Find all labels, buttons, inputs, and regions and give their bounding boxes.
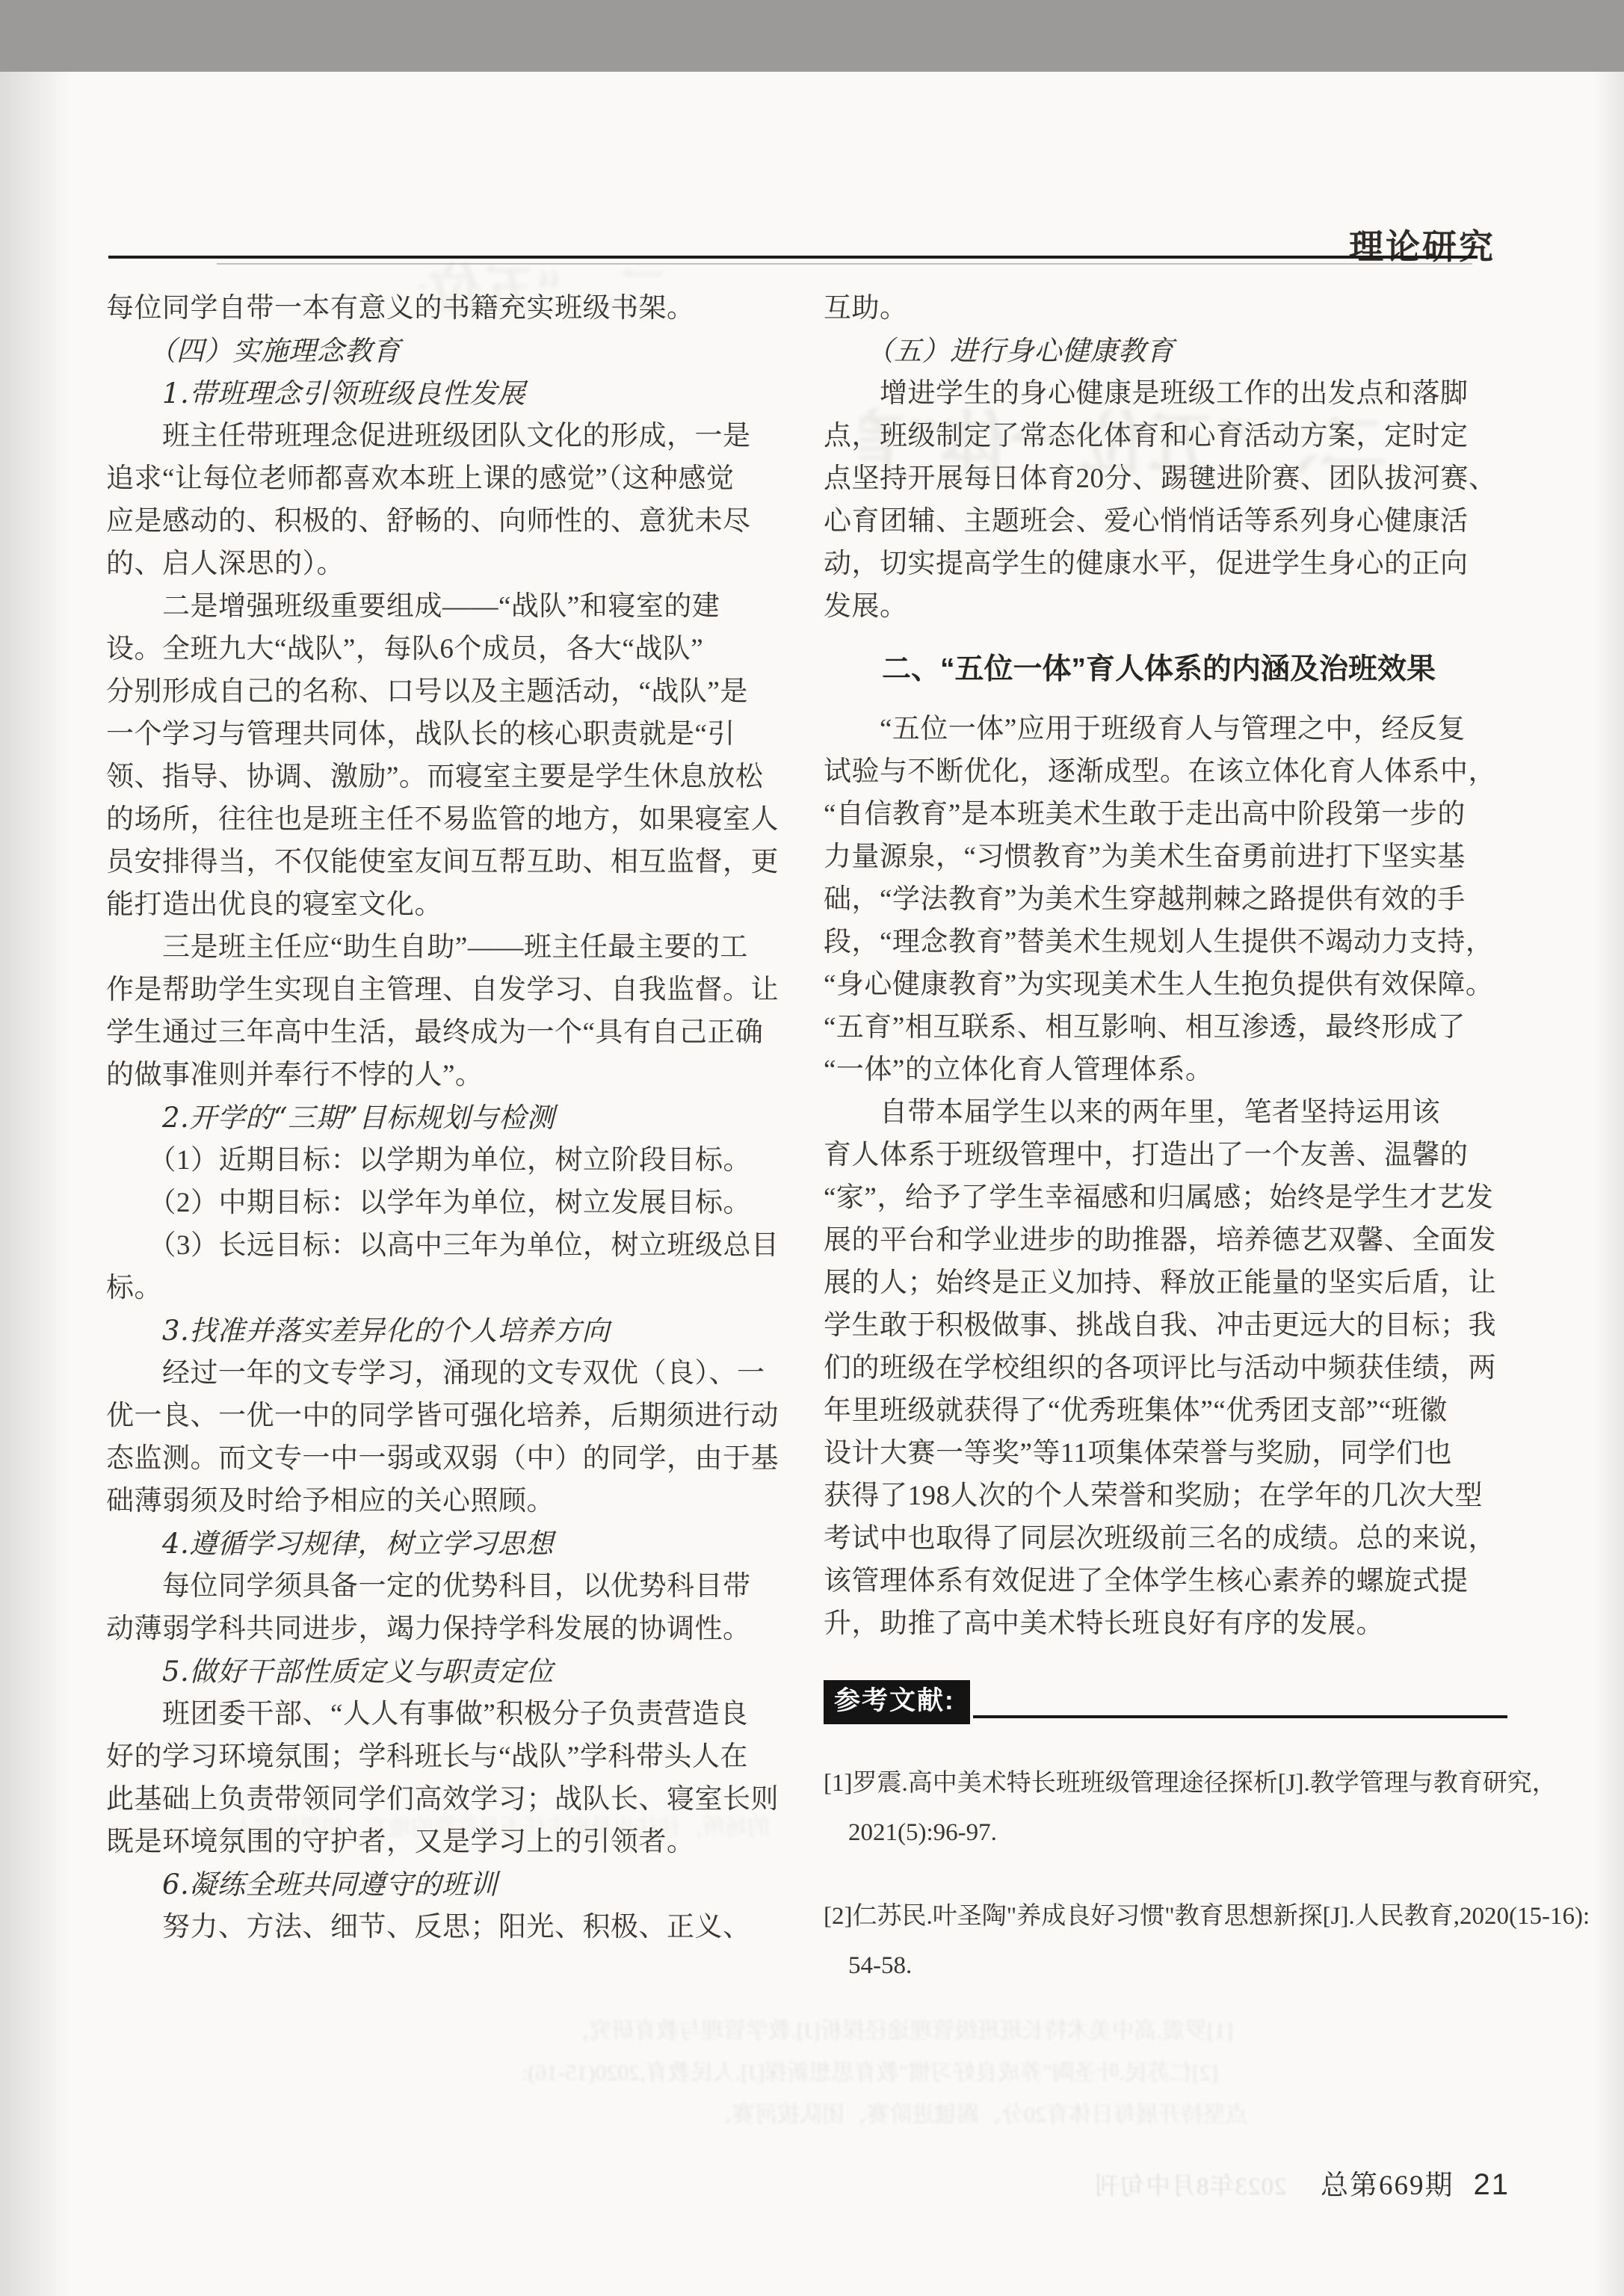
text-line: 展的平台和学业进步的助推器，培养德艺双馨、全面发	[824, 1219, 1507, 1262]
text-line: 的做事准则并奉行不悖的人”。	[106, 1054, 782, 1096]
right-text-column: 互助。 （五）进行身心健康教育 增进学生的身心健康是班级工作的出发点和落脚点，班…	[824, 287, 1507, 1990]
text-line: 点坚持开展每日体育20分、踢毽进阶赛、团队拔河赛、	[824, 457, 1507, 500]
reference-item: [2]仁苏民.叶圣陶"养成良好习惯"教育思想新探[J].人民教育,2020(15…	[824, 1892, 1507, 1990]
text-line: 班团委干部、“人人有事做”积极分子负责营造良	[106, 1693, 782, 1735]
page-right-shadow	[1594, 72, 1624, 2296]
page-footer: 2023年8月中旬刊总第669期21	[942, 2162, 1510, 2203]
text-line: 2021(5):96-97.	[824, 1808, 1507, 1857]
text-line: 一个学习与管理共同体，战队长的核心职责就是“引	[106, 713, 782, 756]
paragraph: 班主任带班理念促进班级团队文化的形成，一是追求“让每位老师都喜欢本班上课的感觉”…	[106, 415, 782, 585]
text-line: 设计大赛一等奖”等11项集体荣誉与奖励，同学们也	[824, 1432, 1507, 1475]
header-rule	[108, 256, 1478, 259]
paragraph: （1）近期目标：以学期为单位，树立阶段目标。	[106, 1139, 782, 1182]
references-header: 参考文献:	[824, 1676, 1507, 1724]
text-line: 学生通过三年高中生活，最终成为一个“具有自己正确	[106, 1011, 782, 1054]
page-left-shadow	[0, 72, 71, 2296]
text-line: 获得了198人次的个人荣誉和奖励；在学年的几次大型	[824, 1475, 1507, 1517]
paragraph: 三是班主任应“助生自助”——班主任最主要的工作是帮助学生实现自主管理、自发学习、…	[106, 926, 782, 1096]
text-line: 增进学生的身心健康是班级工作的出发点和落脚	[824, 372, 1507, 415]
text-line: 础，“学法教育”为美术生穿越荆棘之路提供有效的手	[824, 878, 1507, 921]
text-line: （五）进行身心健康教育	[824, 330, 1507, 372]
text-line: “自信教育”是本班美术生敢于走出高中阶段第一步的	[824, 793, 1507, 836]
text-line: 每位同学自带一本有意义的书籍充实班级书架。	[106, 287, 782, 330]
text-line: [2]仁苏民.叶圣陶"养成良好习惯"教育思想新探[J].人民教育,2020(15…	[824, 1892, 1507, 1941]
bleed-through-text: [2]仁苏民.叶圣陶"养成良好习惯"教育思想新探[J].人民教育,2020(15…	[224, 2054, 1218, 2087]
text-line: 好的学习环境氛围；学科班长与“战队”学科带头人在	[106, 1735, 782, 1778]
text-line: （3）长远目标：以高中三年为单位，树立班级总目	[106, 1224, 782, 1267]
paragraph: 每位同学须具备一定的优势科目，以优势科目带动薄弱学科共同进步，竭力保持学科发展的…	[106, 1565, 782, 1650]
text-line: “一体”的立体化育人管理体系。	[824, 1049, 1507, 1091]
paragraph: 二是增强班级重要组成——“战队”和寝室的建设。全班九大“战队”，每队6个成员，各…	[106, 585, 782, 926]
text-line: 优一良、一优一中的同学皆可强化培养，后期须进行动	[106, 1395, 782, 1437]
section-heading: 二、“五位一体”育人体系的内涵及治班效果	[824, 648, 1507, 691]
paragraph: 互助。	[824, 287, 1507, 330]
text-line: [1]罗震.高中美术特长班班级管理途径探析[J].教学管理与教育研究，	[824, 1759, 1507, 1808]
text-line: 试验与不断优化，逐渐成型。在该立体化育人体系中，	[824, 750, 1507, 793]
paragraph: （2）中期目标：以学年为单位，树立发展目标。	[106, 1182, 782, 1224]
text-line: 作是帮助学生实现自主管理、自发学习、自我监督。让	[106, 969, 782, 1011]
text-line: 班主任带班理念促进班级团队文化的形成，一是	[106, 415, 782, 457]
reference-item: [1]罗震.高中美术特长班班级管理途径探析[J].教学管理与教育研究， 2021…	[824, 1759, 1507, 1857]
text-line: 标。	[106, 1267, 782, 1309]
text-line: 每位同学须具备一定的优势科目，以优势科目带	[106, 1565, 782, 1608]
scanned-journal-page: 二、“五位一体”育人体系的内涵及治班效果 二、“五位一体”育人体系的内涵及治班效…	[0, 0, 1624, 2296]
text-line: 态监测。而文专一中一弱或双弱（中）的同学，由于基	[106, 1437, 782, 1480]
text-line: 心育团辅、主题班会、爱心悄悄话等系列身心健康活	[824, 500, 1507, 543]
bleed-through-text	[112, 1988, 770, 2021]
text-line: 领、指导、协调、激励”。而寝室主要是学生休息放松	[106, 756, 782, 798]
text-line: （2）中期目标：以学年为单位，树立发展目标。	[106, 1182, 782, 1224]
text-line: 互助。	[824, 287, 1507, 330]
text-line: 点，班级制定了常态化体育和心育活动方案，定时定	[824, 415, 1507, 457]
references-section: 参考文献:[1]罗震.高中美术特长班班级管理途径探析[J].教学管理与教育研究，…	[824, 1676, 1507, 1990]
text-line: （四）实施理念教育	[106, 330, 782, 372]
text-line: 二、“五位一体”育人体系的内涵及治班效果	[824, 648, 1507, 691]
text-line: 础薄弱须及时给予相应的关心照顾。	[106, 1480, 782, 1522]
paragraph: 每位同学自带一本有意义的书籍充实班级书架。	[106, 287, 782, 330]
text-line: 6.凝练全班共同遵守的班训	[106, 1863, 782, 1906]
bleed-through-text: 点坚持开展每日体育20分、踢毽进阶赛、团队拔河赛、	[254, 2096, 1248, 2129]
sub-heading: （五）进行身心健康教育	[824, 330, 1507, 372]
sub-heading: 6.凝练全班共同遵守的班训	[106, 1863, 782, 1906]
text-line: 追求“让每位老师都喜欢本班上课的感觉”（这种感觉	[106, 457, 782, 500]
text-line: （1）近期目标：以学期为单位，树立阶段目标。	[106, 1139, 782, 1182]
sub-heading: 2.开学的“三期”目标规划与检测	[106, 1096, 782, 1139]
text-line: 该管理体系有效促进了全体学生核心素养的螺旋式提	[824, 1560, 1507, 1602]
sub-heading: 1.带班理念引领班级良性发展	[106, 372, 782, 415]
text-line: 动，切实提高学生的健康水平，促进学生身心的正向	[824, 543, 1507, 585]
bleed-through-footer-text: 2023年8月中旬刊	[1094, 2167, 1287, 2202]
text-line: “家”，给予了学生幸福感和归属感；始终是学生才艺发	[824, 1176, 1507, 1219]
text-line: 的场所，往往也是班主任不易监管的地方，如果寝室人	[106, 798, 782, 841]
paragraph: 努力、方法、细节、反思；阳光、积极、正义、	[106, 1906, 782, 1948]
text-line: 发展。	[824, 585, 1507, 628]
text-line: 力量源泉，“习惯教育”为美术生奋勇前进打下坚实基	[824, 836, 1507, 878]
paragraph: 经过一年的文专学习，涌现的文专双优（良）、一优一良、一优一中的同学皆可强化培养，…	[106, 1352, 782, 1522]
bleed-through-text: [1]罗震.高中美术特长班班级管理途径探析[J].教学管理与教育研究，	[239, 2012, 1233, 2045]
references-label-box: 参考文献:	[824, 1680, 970, 1724]
text-line: “五育”相互联系、相互影响、相互渗透，最终形成了	[824, 1006, 1507, 1049]
text-line: 能打造出优良的寝室文化。	[106, 883, 782, 926]
text-line: 努力、方法、细节、反思；阳光、积极、正义、	[106, 1906, 782, 1948]
text-line: 4.遵循学习规律，树立学习思想	[106, 1522, 782, 1565]
text-line: 应是感动的、积极的、舒畅的、向师性的、意犹未尽	[106, 500, 782, 543]
text-line: 5.做好干部性质定义与职责定位	[106, 1650, 782, 1693]
text-line: “身心健康教育”为实现美术生人生抱负提供有效保障。	[824, 963, 1507, 1006]
paragraph: “五位一体”应用于班级育人与管理之中，经反复试验与不断优化，逐渐成型。在该立体化…	[824, 708, 1507, 1091]
text-line: 分别形成自己的名称、口号以及主题活动，“战队”是	[106, 670, 782, 713]
text-line: 年里班级就获得了“优秀班集体”“优秀团支部”“班徽	[824, 1389, 1507, 1432]
scanner-background-band	[0, 0, 1624, 72]
text-line: 育人体系于班级管理中，打造出了一个友善、温馨的	[824, 1134, 1507, 1176]
text-line: 段，“理念教育”替美术生规划人生提供不竭动力支持，	[824, 921, 1507, 963]
running-head-section-label: 理论研究	[1349, 220, 1480, 269]
paragraph: （3）长远目标：以高中三年为单位，树立班级总目标。	[106, 1224, 782, 1309]
text-line: “五位一体”应用于班级育人与管理之中，经反复	[824, 708, 1507, 750]
sub-heading: 4.遵循学习规律，树立学习思想	[106, 1522, 782, 1565]
text-line: 考试中也取得了同层次班级前三名的成绩。总的来说，	[824, 1517, 1507, 1560]
text-line: 自带本届学生以来的两年里，笔者坚持运用该	[824, 1091, 1507, 1134]
text-line: 展的人；始终是正义加持、释放正能量的坚实后盾，让	[824, 1262, 1507, 1304]
text-line: 三是班主任应“助生自助”——班主任最主要的工	[106, 926, 782, 969]
sub-heading: 3.找准并落实差异化的个人培养方向	[106, 1309, 782, 1352]
text-line: 设。全班九大“战队”，每队6个成员，各大“战队”	[106, 628, 782, 670]
sub-heading: （四）实施理念教育	[106, 330, 782, 372]
sub-heading: 5.做好干部性质定义与职责定位	[106, 1650, 782, 1693]
text-line: 1.带班理念引领班级良性发展	[106, 372, 782, 415]
text-line: 员安排得当，不仅能使室友间互帮互助、相互监督，更	[106, 841, 782, 883]
references-rule	[973, 1715, 1507, 1718]
text-line: 升，助推了高中美术特长班良好有序的发展。	[824, 1602, 1507, 1645]
text-line: 此基础上负责带领同学们高效学习；战队长、寝室长则	[106, 1778, 782, 1821]
text-line: 既是环境氛围的守护者，又是学习上的引领者。	[106, 1821, 782, 1863]
text-line: 的、启人深思的）。	[106, 543, 782, 585]
left-text-column: 每位同学自带一本有意义的书籍充实班级书架。 （四）实施理念教育 1.带班理念引领…	[106, 287, 782, 1948]
text-line: 54-58.	[824, 1941, 1507, 1990]
text-line: 二是增强班级重要组成——“战队”和寝室的建	[106, 585, 782, 628]
text-line: 们的班级在学校组织的各项评比与活动中频获佳绩，两	[824, 1347, 1507, 1389]
header-rule-bleed	[217, 263, 1472, 265]
text-line: 经过一年的文专学习，涌现的文专双优（良）、一	[106, 1352, 782, 1395]
paragraph: 班团委干部、“人人有事做”积极分子负责营造良好的学习环境氛围；学科班长与“战队”…	[106, 1693, 782, 1863]
paragraph: 自带本届学生以来的两年里，笔者坚持运用该育人体系于班级管理中，打造出了一个友善、…	[824, 1091, 1507, 1645]
issue-label: 总第669期	[1321, 2170, 1454, 2201]
paragraph: 增进学生的身心健康是班级工作的出发点和落脚点，班级制定了常态化体育和心育活动方案…	[824, 372, 1507, 628]
text-line: 2.开学的“三期”目标规划与检测	[106, 1096, 782, 1139]
text-line: 3.找准并落实差异化的个人培养方向	[106, 1309, 782, 1352]
text-line: 动薄弱学科共同进步，竭力保持学科发展的协调性。	[106, 1608, 782, 1650]
text-line: 学生敢于积极做事、挑战自我、冲击更远大的目标；我	[824, 1304, 1507, 1347]
page-number: 21	[1474, 2168, 1510, 2201]
